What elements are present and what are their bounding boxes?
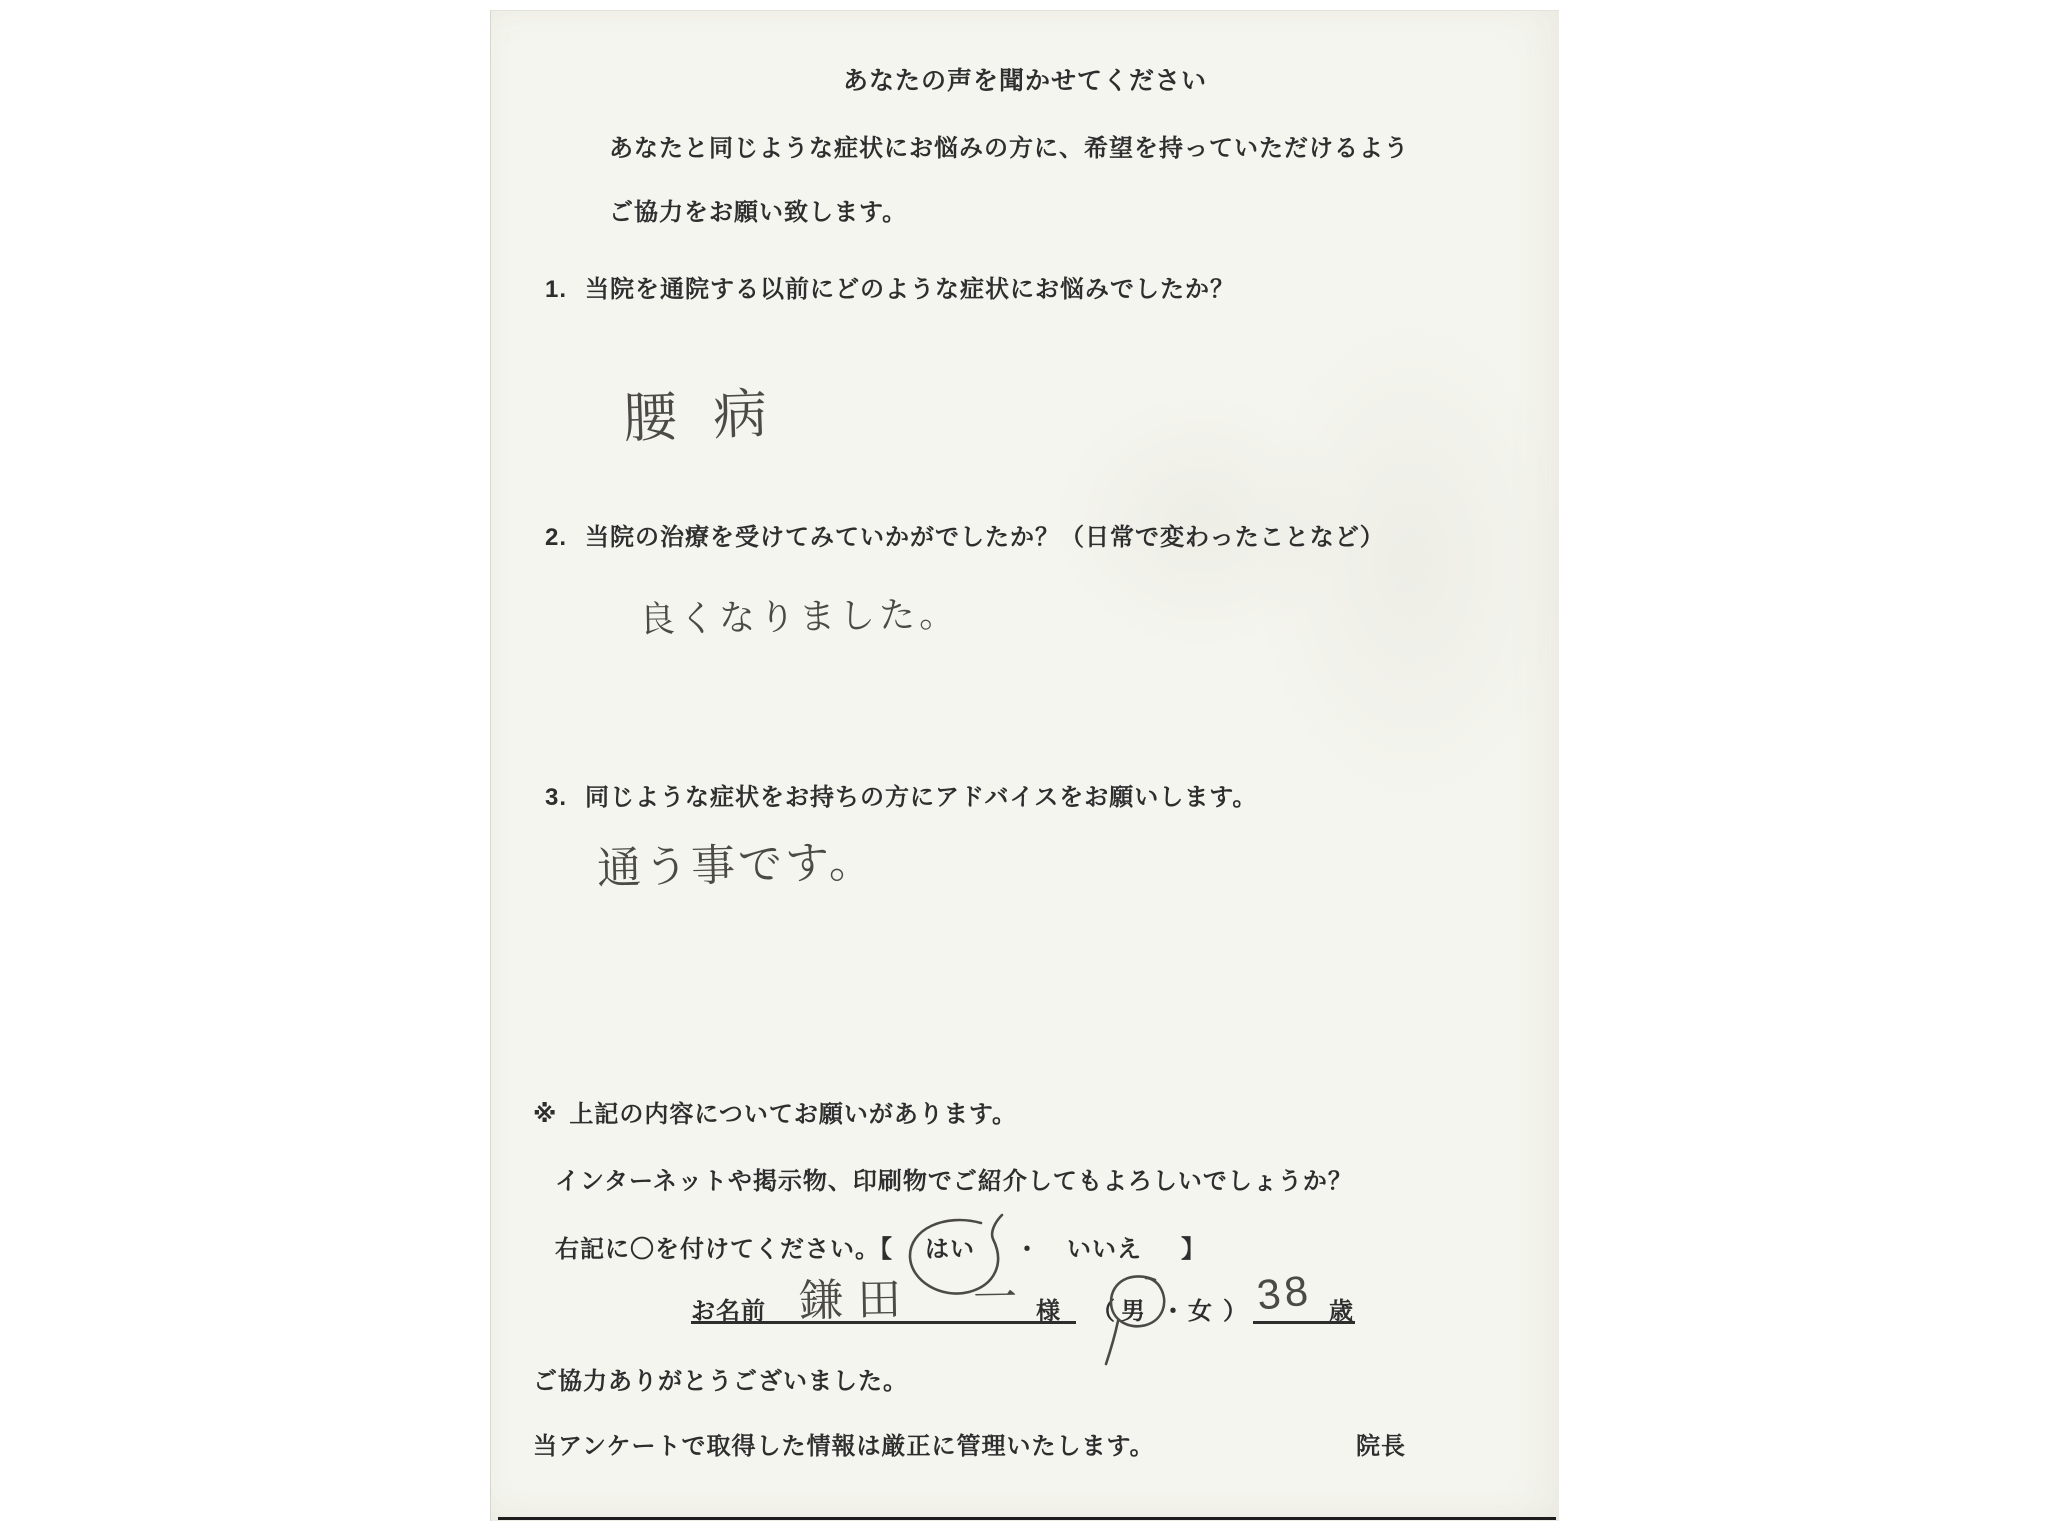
question-2-number: 2. bbox=[545, 524, 567, 552]
gender-option-female: 女 bbox=[1188, 1291, 1213, 1326]
reference-mark: ※ bbox=[533, 1100, 557, 1129]
consent-instruction: 右記に〇を付けてください。【 bbox=[555, 1229, 893, 1264]
consent-option-no: いいえ bbox=[1067, 1229, 1142, 1264]
question-2-handwritten-answer: 良くなりました。 bbox=[639, 586, 960, 643]
consent-note: ※上記の内容についてお願いがあります。 bbox=[533, 1094, 1017, 1129]
consent-option-separator: ・ bbox=[1015, 1229, 1040, 1264]
question-1: 1.当院を通院する以前にどのような症状にお悩みでしたか？ bbox=[545, 269, 1235, 304]
gender-paren-open: （ bbox=[1091, 1291, 1116, 1326]
age-handwritten-value: 38 bbox=[1255, 1266, 1314, 1319]
question-1-handwritten-answer: 腰病 bbox=[622, 370, 805, 453]
paper-crease bbox=[1251, 311, 1571, 811]
question-2-text: 当院の治療を受けてみていかがでしたか？（日常で変わったことなど） bbox=[585, 524, 1385, 551]
director-label: 院長 bbox=[1356, 1426, 1406, 1461]
consent-option-yes: はい bbox=[925, 1229, 975, 1264]
question-2: 2.当院の治療を受けてみていかがでしたか？（日常で変わったことなど） bbox=[545, 517, 1385, 552]
consent-question: インターネットや掲示物、印刷物でご紹介してもよろしいでしょうか？ bbox=[555, 1161, 1353, 1196]
age-suffix-label: 歳 bbox=[1329, 1291, 1354, 1326]
honorific-label: 様 bbox=[1036, 1291, 1061, 1326]
question-3: 3.同じような症状をお持ちの方にアドバイスをお願いします。 bbox=[545, 777, 1257, 812]
name-handwritten-value: 鎌田 一 bbox=[798, 1261, 1031, 1329]
intro-line-2: ご協力をお願い致します。 bbox=[609, 192, 907, 227]
thanks-text: ご協力ありがとうございました。 bbox=[533, 1361, 908, 1396]
survey-paper: あなたの声を聞かせてください あなたと同じような症状にお悩みの方に、希望を持って… bbox=[490, 10, 1559, 1521]
gender-option-separator: ・ bbox=[1161, 1291, 1186, 1326]
page-background: { "document": { "title": "あなたの声を聞かせてください… bbox=[0, 0, 2048, 1536]
question-3-text: 同じような症状をお持ちの方にアドバイスをお願いします。 bbox=[585, 784, 1257, 811]
survey-title: あなたの声を聞かせてください bbox=[491, 61, 1559, 97]
consent-note-text: 上記の内容についてお願いがあります。 bbox=[569, 1101, 1017, 1128]
question-3-handwritten-answer: 通う事です。 bbox=[596, 825, 876, 896]
question-1-number: 1. bbox=[545, 276, 567, 304]
question-3-number: 3. bbox=[545, 784, 567, 812]
gender-paren-close: ） bbox=[1223, 1291, 1248, 1326]
scan-artifact-line bbox=[498, 1517, 1556, 1520]
question-1-text: 当院を通院する以前にどのような症状にお悩みでしたか？ bbox=[585, 276, 1235, 303]
gender-option-male: 男 bbox=[1121, 1291, 1146, 1326]
privacy-text: 当アンケートで取得した情報は厳正に管理いたします。 bbox=[533, 1426, 1155, 1461]
consent-bracket-close: 】 bbox=[1181, 1229, 1206, 1264]
intro-line-1: あなたと同じような症状にお悩みの方に、希望を持っていただけるよう bbox=[609, 128, 1409, 163]
